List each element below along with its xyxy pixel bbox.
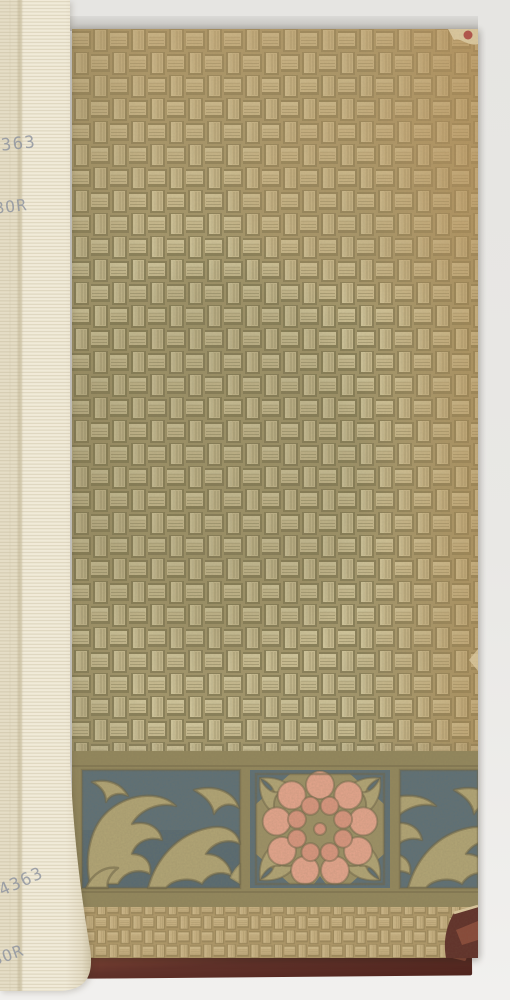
photograph-wallpaper-sample-book: 4363 BOR 4363 BOR [0,0,510,1000]
paper-grain-overlay [72,29,478,958]
wallpaper-sample-page [72,29,478,958]
book-page-stack: 4363 BOR 4363 BOR [0,0,96,1000]
